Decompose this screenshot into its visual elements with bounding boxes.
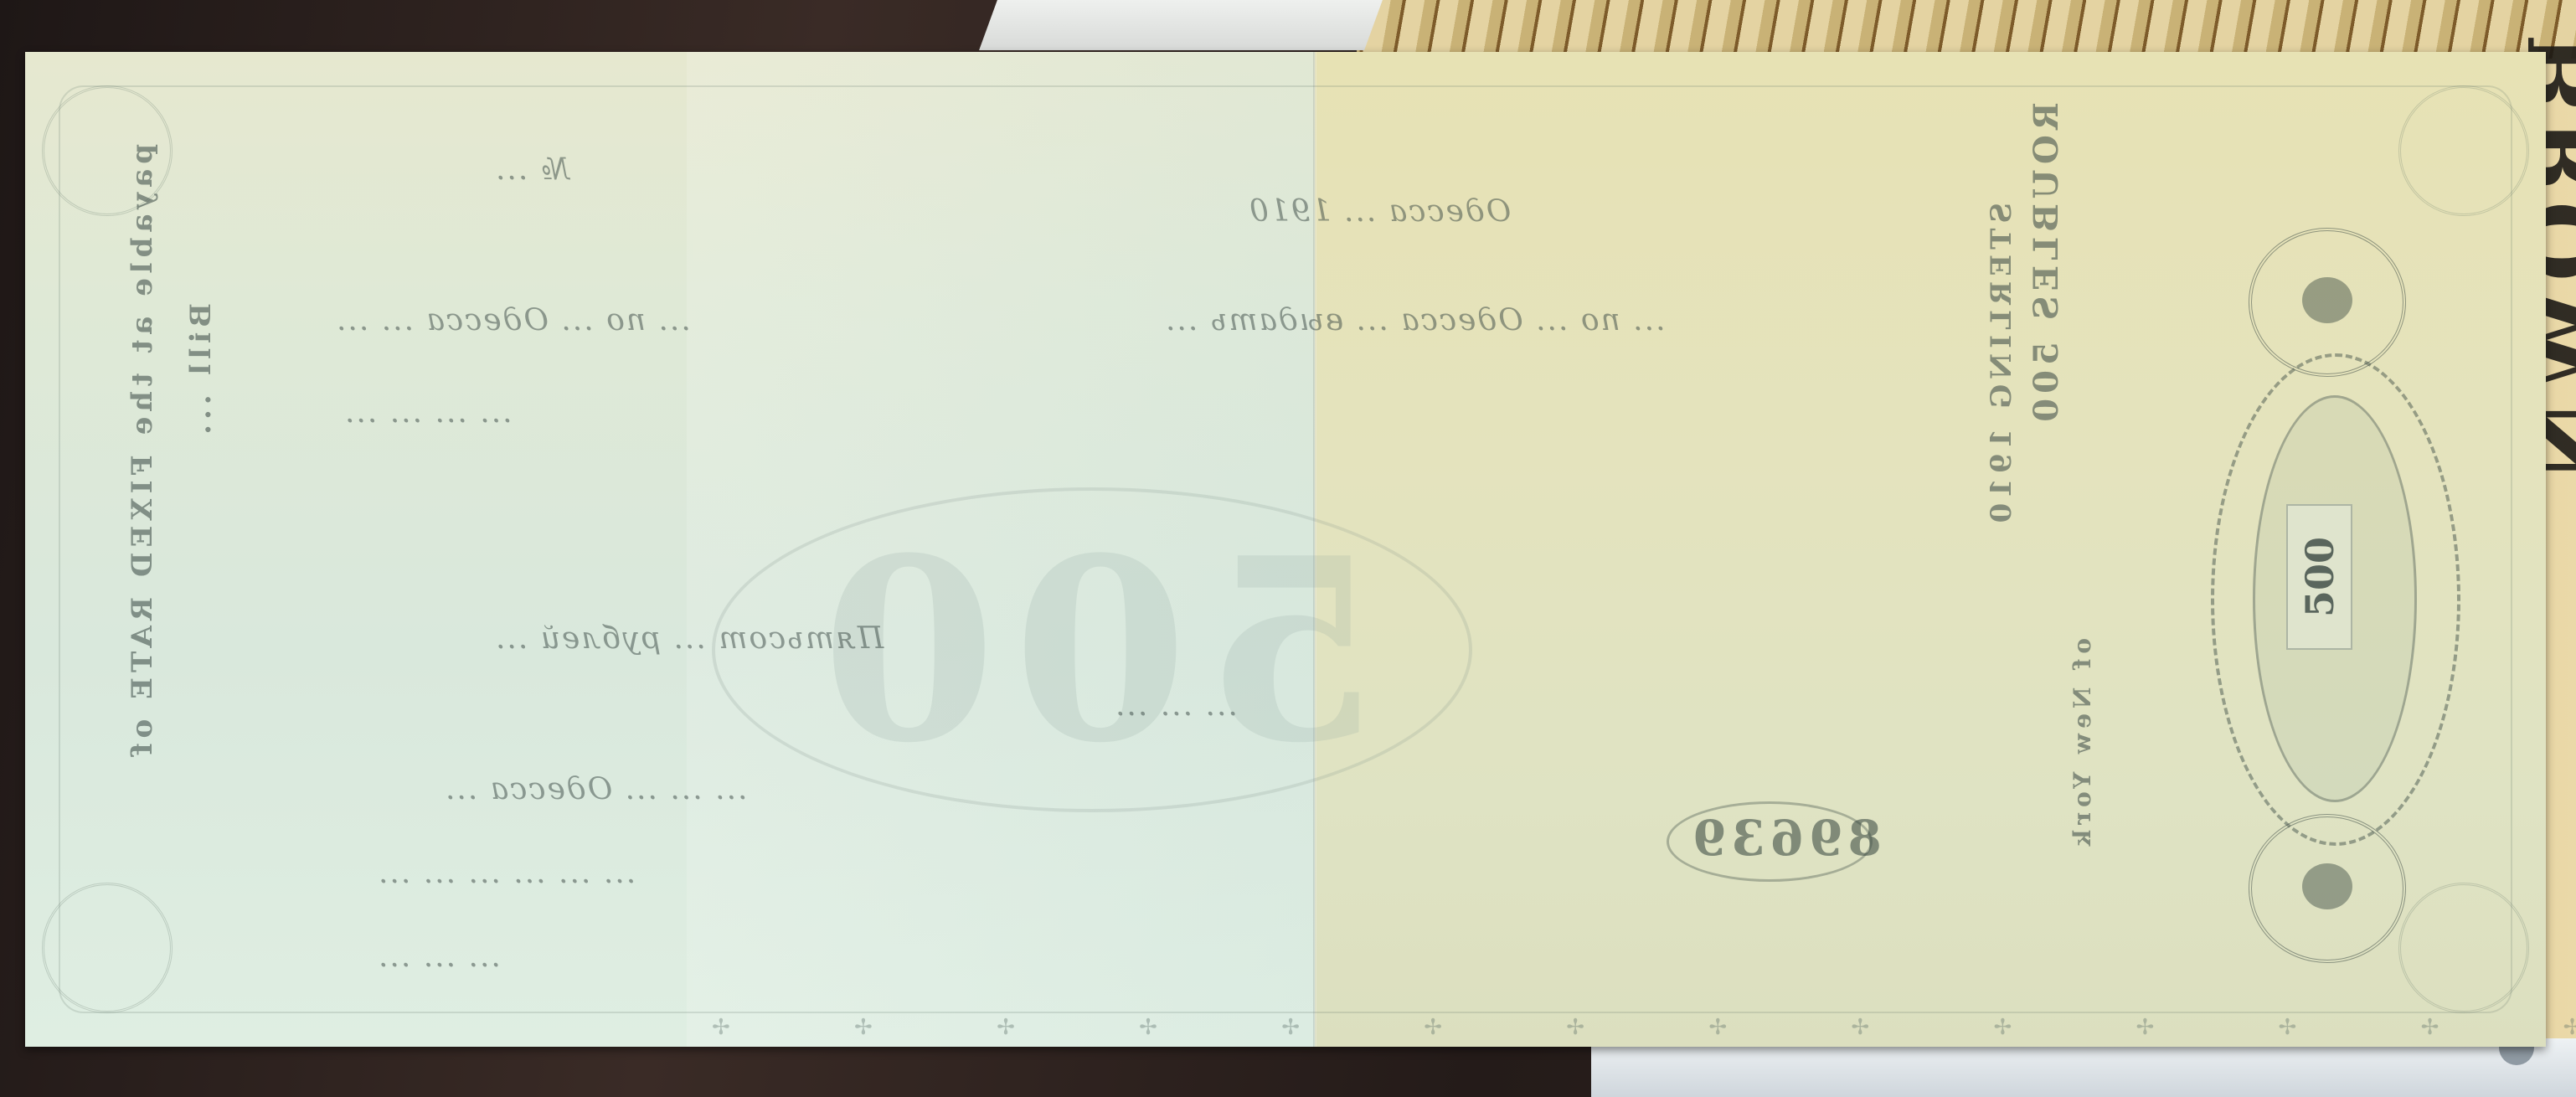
medallion-value-box: 500: [2286, 504, 2352, 650]
guilloche-cross-row: ✢ ✢ ✢ ✢ ✢ ✢ ✢ ✢ ✢ ✢ ✢ ✢ ✢ ✢ ✢: [712, 1015, 2576, 1040]
script-line: ... ... ... ...: [343, 395, 513, 430]
left-vertical-text-1: payable at the FIXED RATE of: [126, 144, 159, 981]
background-document-border: [1357, 0, 2576, 59]
script-line: ... ... ...: [377, 940, 501, 974]
certificate-reverse: 500 payable at the FIXED RATE of Bill ..…: [25, 52, 2546, 1047]
medallion-bottom-rosette-icon: [2249, 814, 2406, 963]
medallion-value: 500: [2297, 537, 2342, 617]
date-fragment: № ...: [494, 152, 569, 187]
right-vertical-text-2: STERLING 1910: [1985, 203, 2018, 789]
script-line: Пятьсот ... рублей ...: [494, 621, 884, 656]
script-line: ... по ... Одесса ... ...: [335, 303, 691, 337]
denomination-medallion: 500: [2194, 228, 2470, 956]
script-line: ... по ... Одесса ... выдать ...: [1164, 303, 1666, 337]
left-vertical-text-2: Bill ...: [184, 303, 218, 973]
script-line: ... ... ... ... ... ...: [377, 856, 636, 890]
script-line: Одесса ... 1910: [1248, 194, 1511, 229]
right-vertical-text-1: ROUBLES 500: [2027, 102, 2066, 1007]
corner-rosette-icon: [2398, 85, 2529, 216]
right-vertical-text-3: of New York: [2069, 638, 2096, 1057]
script-line: ... ... ... Одесса ...: [444, 772, 748, 806]
serial-number: 89639: [1687, 810, 1882, 867]
background-white-sheet: [979, 0, 1383, 50]
script-line: ... ... ...: [1114, 688, 1238, 723]
